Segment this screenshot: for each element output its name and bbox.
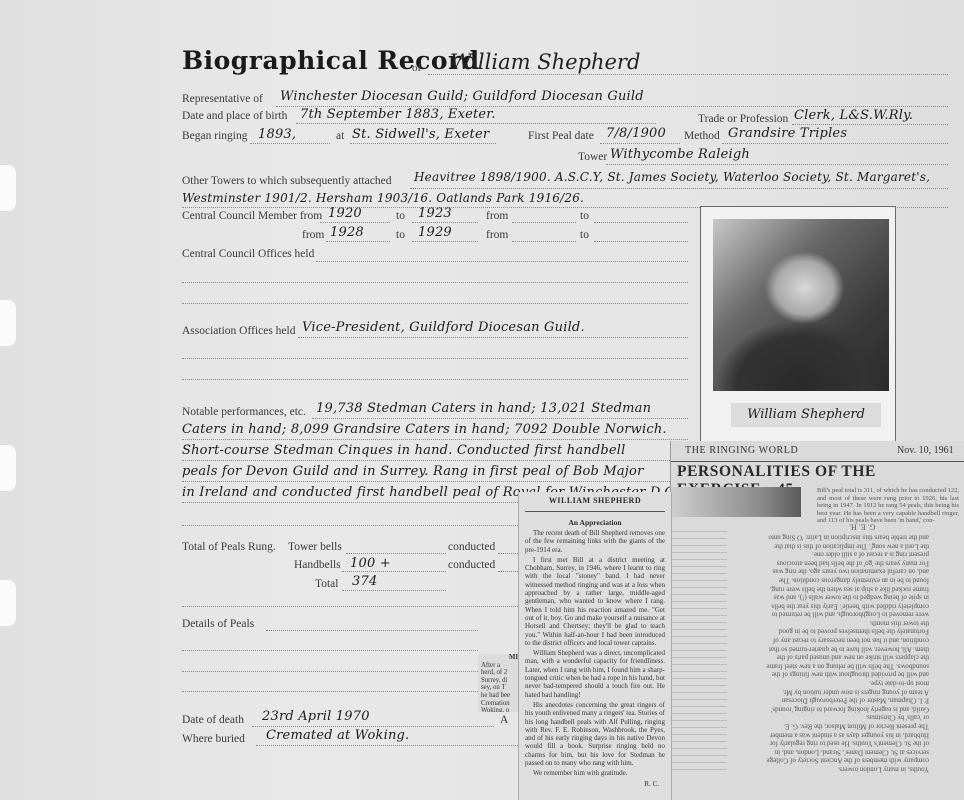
cc-to-1: 1923 xyxy=(418,206,452,221)
record-of-label: of xyxy=(412,62,421,74)
cc-to-label: to xyxy=(396,229,405,241)
appreciation-paragraph: I first met Bill at a district meeting a… xyxy=(525,556,665,647)
cc-from-label: from xyxy=(302,229,324,241)
dotted-line xyxy=(182,439,688,440)
dotted-line xyxy=(182,358,688,359)
notable-line: Short-course Stedman Cinques in hand. Co… xyxy=(182,443,626,458)
appreciation-paragraph: We remember him with gratitude. xyxy=(525,769,665,777)
dotted-line xyxy=(410,188,948,189)
dotted-line xyxy=(722,143,948,144)
trade-value: Clerk, L&S.W.Rly. xyxy=(794,108,913,123)
dotted-line xyxy=(256,745,518,746)
tower-bells-label: Tower bells xyxy=(288,541,342,553)
dotted-line xyxy=(296,123,656,124)
clipping-masthead: THE RINGING WORLD Nov. 10, 1961 xyxy=(671,441,964,462)
appreciation-header: WILLIAM SHEPHERD xyxy=(525,492,665,512)
cc-from-label: from xyxy=(486,229,508,241)
began-at-label: at xyxy=(336,130,344,142)
representative-value: Winchester Diocesan Guild; Guildford Dio… xyxy=(280,89,644,104)
record-name: William Shepherd xyxy=(450,50,640,74)
punch-hole xyxy=(0,580,16,626)
handbells-value: 100 + xyxy=(350,556,391,571)
tower-conducted-label: conducted xyxy=(448,541,495,553)
dotted-line xyxy=(312,418,688,419)
dotted-line xyxy=(182,691,478,692)
dotted-line xyxy=(342,590,446,591)
dotted-line xyxy=(412,241,478,242)
death-label: Date of death xyxy=(182,714,244,726)
association-offices-value: Vice-President, Guildford Diocesan Guild… xyxy=(302,320,585,335)
clipping-photo-fragment xyxy=(671,487,801,517)
photo-signature: William Shepherd xyxy=(731,403,881,427)
masthead-date: Nov. 10, 1961 xyxy=(897,445,954,456)
began-ringing-value: 1893, xyxy=(258,127,296,142)
notable-line: 19,738 Stedman Caters in hand; 13,021 St… xyxy=(316,401,651,416)
method-value: Grandsire Triples xyxy=(728,126,847,141)
masthead-title: THE RINGING WORLD xyxy=(685,445,798,456)
dotted-line xyxy=(250,143,330,144)
birth-label: Date and place of birth xyxy=(182,110,287,122)
cc-to-2: 1929 xyxy=(418,225,452,240)
dotted-line xyxy=(182,379,688,380)
record-sheet: Biographical Record of William Shepherd … xyxy=(0,0,964,800)
peals-label: Total of Peals Rung. xyxy=(182,541,276,553)
death-value: 23rd April 1970 xyxy=(262,709,370,724)
tower-label: Tower xyxy=(578,151,607,163)
first-peal-value: 7/8/1900 xyxy=(606,126,666,141)
began-at-value: St. Sidwell's, Exeter xyxy=(352,127,489,142)
other-towers-line2: Westminster 1901/2. Hersham 1903/16. Oat… xyxy=(182,191,584,205)
representative-label: Representative of xyxy=(182,93,263,105)
appreciation-signature: R. C. xyxy=(519,780,659,788)
total-label: Total xyxy=(315,578,338,590)
method-label: Method xyxy=(684,130,720,142)
dotted-line xyxy=(792,124,948,125)
dotted-line xyxy=(182,460,688,461)
clipping-body-text: Bill's peal total is 311, of which he ha… xyxy=(817,487,959,525)
other-towers-label: Other Towers to which subsequently attac… xyxy=(182,175,391,187)
dotted-line xyxy=(428,74,948,75)
dotted-line xyxy=(600,143,680,144)
clipping-upside-down-text: Youths, in many London towers. company w… xyxy=(733,533,929,774)
record-title: Biographical Record xyxy=(182,46,480,75)
dotted-line xyxy=(182,606,518,607)
clipping-column-fragment xyxy=(671,531,727,771)
details-peals-label: Details of Peals xyxy=(182,618,254,630)
clipping-initials: G. E. H. xyxy=(849,523,875,531)
dotted-line xyxy=(320,222,390,223)
dotted-line xyxy=(182,282,688,283)
appreciation-clipping: WILLIAM SHEPHERD An Appreciation The rec… xyxy=(518,492,672,800)
dotted-line xyxy=(498,571,518,572)
appreciation-paragraph: The recent death of Bill Shepherd remove… xyxy=(525,529,665,554)
other-towers-line1: Heavitree 1898/1900. A.S.C.Y, St. James … xyxy=(414,170,930,184)
appreciation-paragraph: William Shepherd was a direct, uncomplic… xyxy=(525,649,665,699)
total-value: 374 xyxy=(352,574,377,589)
dotted-line xyxy=(412,222,478,223)
handbells-label: Handbells xyxy=(294,559,341,571)
dotted-line xyxy=(182,303,688,304)
dotted-line xyxy=(350,143,496,144)
portrait-photo-mount: William Shepherd xyxy=(700,206,896,442)
tower-value: Withycombe Raleigh xyxy=(610,147,750,162)
cc-from-label: from xyxy=(486,210,508,222)
cc-member-label: Central Council Member from xyxy=(182,210,322,222)
dotted-line xyxy=(346,553,446,554)
notable-line: peals for Devon Guild and in Surrey. Ran… xyxy=(182,464,643,479)
association-offices-label: Association Offices held xyxy=(182,325,295,337)
buried-value: Cremated at Woking. xyxy=(266,728,409,743)
dotted-line xyxy=(342,571,446,572)
appreciation-paragraph: His anecdotes concerning the great ringe… xyxy=(525,701,665,767)
trade-label: Trade or Profession xyxy=(698,113,788,125)
dotted-line xyxy=(182,671,478,672)
dotted-line xyxy=(326,241,390,242)
cc-from-2: 1928 xyxy=(330,225,364,240)
dotted-line xyxy=(606,164,948,165)
cc-from-1: 1920 xyxy=(328,206,362,221)
dotted-line xyxy=(182,481,670,482)
dotted-line xyxy=(252,726,494,727)
dotted-line xyxy=(182,525,518,526)
notable-label: Notable performances, etc. xyxy=(182,406,306,418)
dotted-line xyxy=(182,650,478,651)
obituary-fragment-clipping: MI After a herd, of 2 Surrey, di sey, on… xyxy=(478,654,518,712)
birth-value: 7th September 1883, Exeter. xyxy=(300,107,496,122)
dotted-line xyxy=(512,241,576,242)
appreciation-subheader: An Appreciation xyxy=(519,518,671,527)
dotted-line xyxy=(594,241,688,242)
notable-line: Caters in hand; 8,099 Grandsire Caters i… xyxy=(182,422,667,437)
age-label-fragment: A xyxy=(500,714,508,726)
ringing-world-clipping: THE RINGING WORLD Nov. 10, 1961 PERSONAL… xyxy=(670,441,964,800)
cc-to-label: to xyxy=(396,210,405,222)
dotted-line xyxy=(498,553,518,554)
dotted-line xyxy=(298,337,688,338)
buried-label: Where buried xyxy=(182,733,245,745)
cc-to-label: to xyxy=(580,229,589,241)
handbells-conducted-label: conducted xyxy=(448,559,495,571)
dotted-line xyxy=(594,222,688,223)
punch-hole xyxy=(0,300,16,346)
dotted-line xyxy=(316,261,688,262)
punch-hole xyxy=(0,165,16,211)
punch-hole xyxy=(0,445,16,491)
began-ringing-label: Began ringing xyxy=(182,130,247,142)
cc-offices-label: Central Council Offices held xyxy=(182,248,314,260)
cc-to-label: to xyxy=(580,210,589,222)
dotted-line xyxy=(512,222,576,223)
portrait-photo xyxy=(713,219,889,391)
dotted-line xyxy=(266,630,478,631)
first-peal-label: First Peal date xyxy=(528,130,594,142)
